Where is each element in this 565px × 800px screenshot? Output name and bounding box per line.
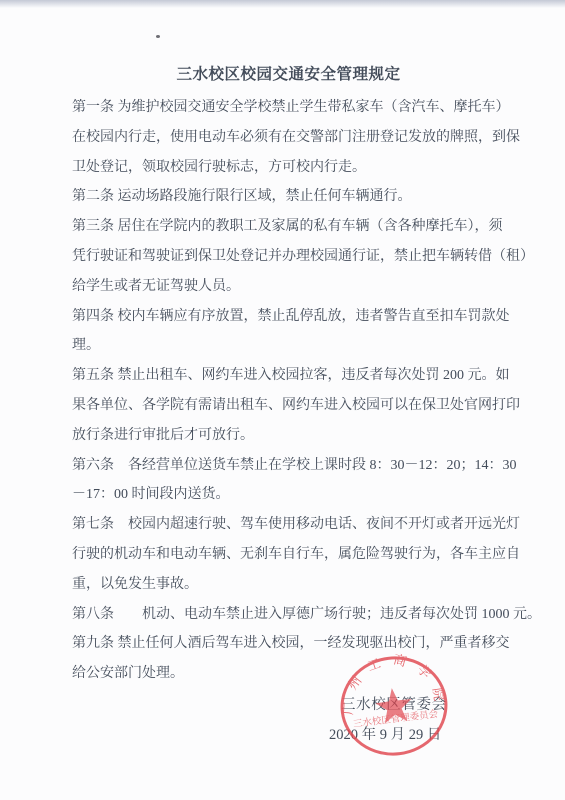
scan-speck-artifact xyxy=(156,35,160,38)
text-line: 第四条 校内车辆应有序放置，禁止乱停乱放，违者警告直至扣车罚款处 xyxy=(72,302,522,332)
text-line: 第八条 机动、电动车禁止进入厚德广场行驶；违反者每次处罚 1000 元。 xyxy=(72,600,522,630)
scanned-document-page: 三水校区校园交通安全管理规定 第一条 为维护校园交通安全学校禁止学生带私家车（含… xyxy=(0,0,565,800)
signature-line: 三水校区管委会 xyxy=(341,693,447,714)
date-line: 2020 年 9 月 29 日 xyxy=(329,723,441,744)
text-line: 第七条 校园内超速行驶、驾车使用移动电话、夜间不开灯或者开远光灯 xyxy=(72,510,522,540)
text-line: 第二条 运动场路段施行限行区域，禁止任何车辆通行。 xyxy=(72,182,522,212)
text-line: 果各单位、各学院有需请出租车、网约车进入校园可以在保卫处官网打印 xyxy=(72,391,522,421)
text-line: 放行条进行审批后才可放行。 xyxy=(72,421,522,451)
document-title: 三水校区校园交通安全管理规定 xyxy=(6,62,565,84)
text-line: 第一条 为维护校园交通安全学校禁止学生带私家车（含汽车、摩托车） xyxy=(72,93,522,123)
text-line: 重，以免发生事故。 xyxy=(72,570,522,600)
document-body: 第一条 为维护校园交通安全学校禁止学生带私家车（含汽车、摩托车）在校园内行走，使… xyxy=(72,93,522,689)
text-line: 第五条 禁止出租车、网约车进入校园拉客，违反者每次处罚 200 元。如 xyxy=(72,361,522,391)
text-line: 理。 xyxy=(72,331,522,361)
text-line: 卫处登记，领取校园行驶标志，方可校内行走。 xyxy=(72,153,522,183)
text-line: 第六条 各经营单位送货车禁止在学校上课时段 8：30－12：20；14：30 xyxy=(72,451,522,481)
text-line: 给公安部门处理。 xyxy=(72,659,522,689)
text-line: 第三条 居住在学院内的教职工及家属的私有车辆（含各种摩托车），须 xyxy=(72,212,522,242)
text-line: －17：00 时间段内送货。 xyxy=(72,480,522,510)
text-line: 给学生或者无证驾驶人员。 xyxy=(72,272,522,302)
text-line: 在校园内行走，使用电动车必须有在交警部门注册登记发放的牌照，到保 xyxy=(72,123,522,153)
text-line: 第九条 禁止任何人酒后驾车进入校园，一经发现驱出校门，严重者移交 xyxy=(72,629,522,659)
scan-edge-shadow xyxy=(0,0,565,8)
text-line: 凭行驶证和驾驶证到保卫处登记并办理校园通行证，禁止把车辆转借（租） xyxy=(72,242,522,272)
text-line: 行驶的机动车和电动车辆、无刹车自行车，属危险驾驶行为，各车主应自 xyxy=(72,540,522,570)
